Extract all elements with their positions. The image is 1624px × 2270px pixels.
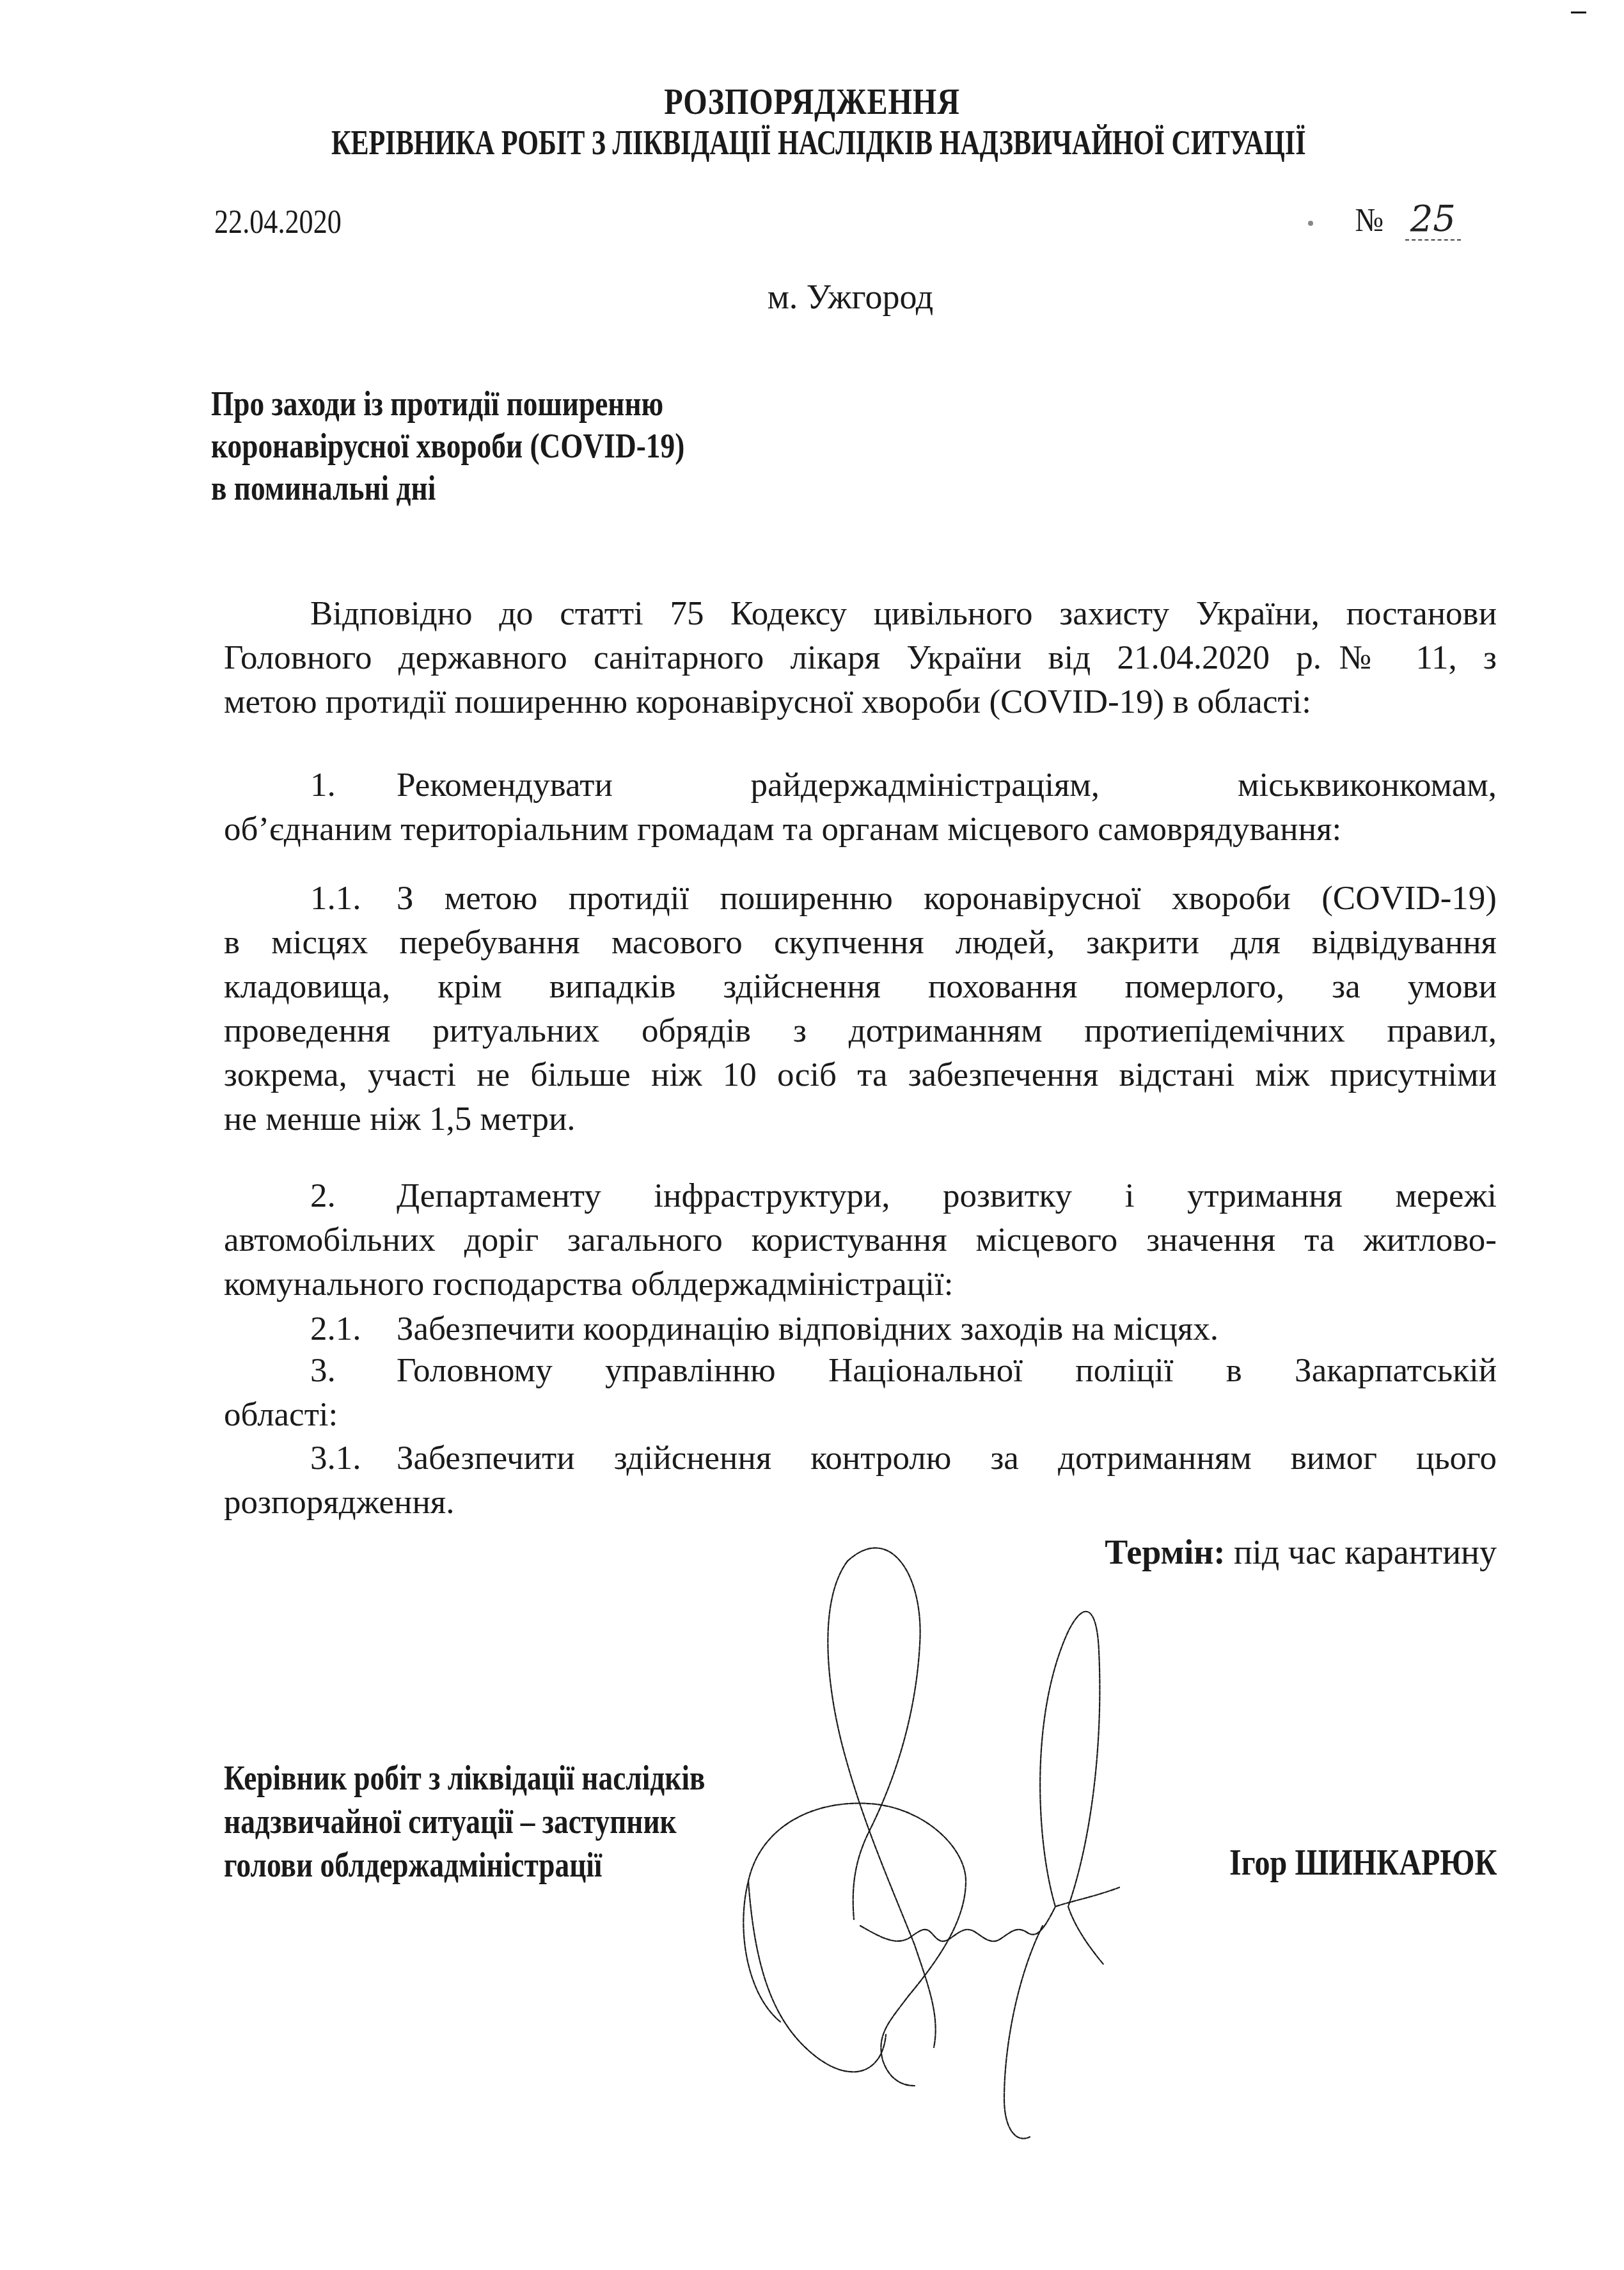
preamble: Відповідно до статті 75 Кодексу цивільно… [224, 592, 1497, 724]
deadline: Термін: під час карантину [1105, 1532, 1497, 1572]
stamp-dot [1308, 221, 1313, 226]
subject-line: в поминальні дні [211, 467, 684, 509]
position-line: голови облдержадміністрації [224, 1843, 706, 1887]
item-3: 3.Головному управлінню Національної полі… [224, 1349, 1497, 1437]
document-subject: Про заходи із протидії поширенню коронав… [211, 383, 775, 509]
item-1: 1.Рекомендувати райдержадміністраціям, м… [224, 763, 1497, 852]
item-line: кладовища, крім випадків здійснення похо… [224, 965, 1497, 1009]
item-number: 1. [310, 763, 397, 807]
preamble-line: Відповідно до статті 75 Кодексу цивільно… [224, 592, 1497, 636]
item-line: не менше ніж 1,5 метри. [224, 1097, 1497, 1141]
item-line: розпорядження. [224, 1480, 1497, 1525]
preamble-line: метою протидії поширенню коронавірусної … [224, 680, 1497, 724]
preamble-line: Головного державного санітарного лікаря … [224, 636, 1497, 680]
item-number: 1.1. [310, 877, 397, 921]
scan-corner-mark [1571, 12, 1586, 13]
subject-line: Про заходи із протидії поширенню [211, 383, 684, 425]
signer-name: Ігор ШИНКАРЮК [1229, 1843, 1497, 1884]
document-issuer: КЕРІВНИКА РОБІТ З ЛІКВІДАЦІЇ НАСЛІДКІВ Н… [185, 123, 1452, 163]
document-city: м. Ужгород [38, 277, 1624, 317]
item-line: об’єднаним територіальним громадам та ор… [224, 807, 1497, 852]
item-number: 3.1. [310, 1436, 397, 1480]
signatory-position: Керівник робіт з ліквідації наслідків на… [224, 1756, 797, 1887]
subject-line: коронавірусної хвороби (COVID-19) [211, 425, 684, 467]
item-line: зокрема, участі не більше ніж 10 осіб та… [224, 1053, 1497, 1097]
item-line: комунального господарства облдержадмініс… [224, 1262, 1497, 1306]
document-date: 22.04.2020 [214, 203, 342, 241]
deadline-value: під час карантину [1234, 1533, 1497, 1571]
item-2: 2.Департаменту інфраструктури, розвитку … [224, 1174, 1497, 1306]
item-line: 1.Рекомендувати райдержадміністраціям, м… [224, 763, 1497, 807]
item-number: 2. [310, 1174, 397, 1218]
item-number: 3. [310, 1349, 397, 1393]
item-line: області: [224, 1393, 1497, 1437]
item-line: 3.1.Забезпечити здійснення контролю за д… [224, 1436, 1497, 1480]
item-line: 2.Департаменту інфраструктури, розвитку … [224, 1174, 1497, 1218]
item-number: 2.1. [310, 1307, 397, 1351]
position-line: Керівник робіт з ліквідації наслідків [224, 1756, 706, 1800]
document-number: № 25 [1308, 200, 1461, 241]
item-3-1: 3.1.Забезпечити здійснення контролю за д… [224, 1436, 1497, 1525]
handwritten-signature [736, 1523, 1222, 2214]
item-line: 3.Головному управлінню Національної полі… [224, 1349, 1497, 1393]
item-line: в місцях перебування масового скупчення … [224, 921, 1497, 965]
number-sign: № [1355, 202, 1384, 239]
position-line: надзвичайної ситуації – заступник [224, 1800, 706, 1843]
handwritten-number: 25 [1405, 200, 1461, 241]
item-line: 1.1.З метою протидії поширенню коронавір… [224, 877, 1497, 921]
document-title: РОЗПОРЯДЖЕННЯ [114, 82, 1511, 123]
deadline-label: Термін: [1105, 1533, 1225, 1571]
item-line: автомобільних доріг загального користува… [224, 1218, 1497, 1262]
item-line: проведення ритуальних обрядів з дотриман… [224, 1009, 1497, 1053]
item-line: 2.1.Забезпечити координацію відповідних … [224, 1307, 1497, 1351]
item-1-1: 1.1.З метою протидії поширенню коронавір… [224, 877, 1497, 1141]
item-2-1: 2.1.Забезпечити координацію відповідних … [224, 1307, 1497, 1351]
